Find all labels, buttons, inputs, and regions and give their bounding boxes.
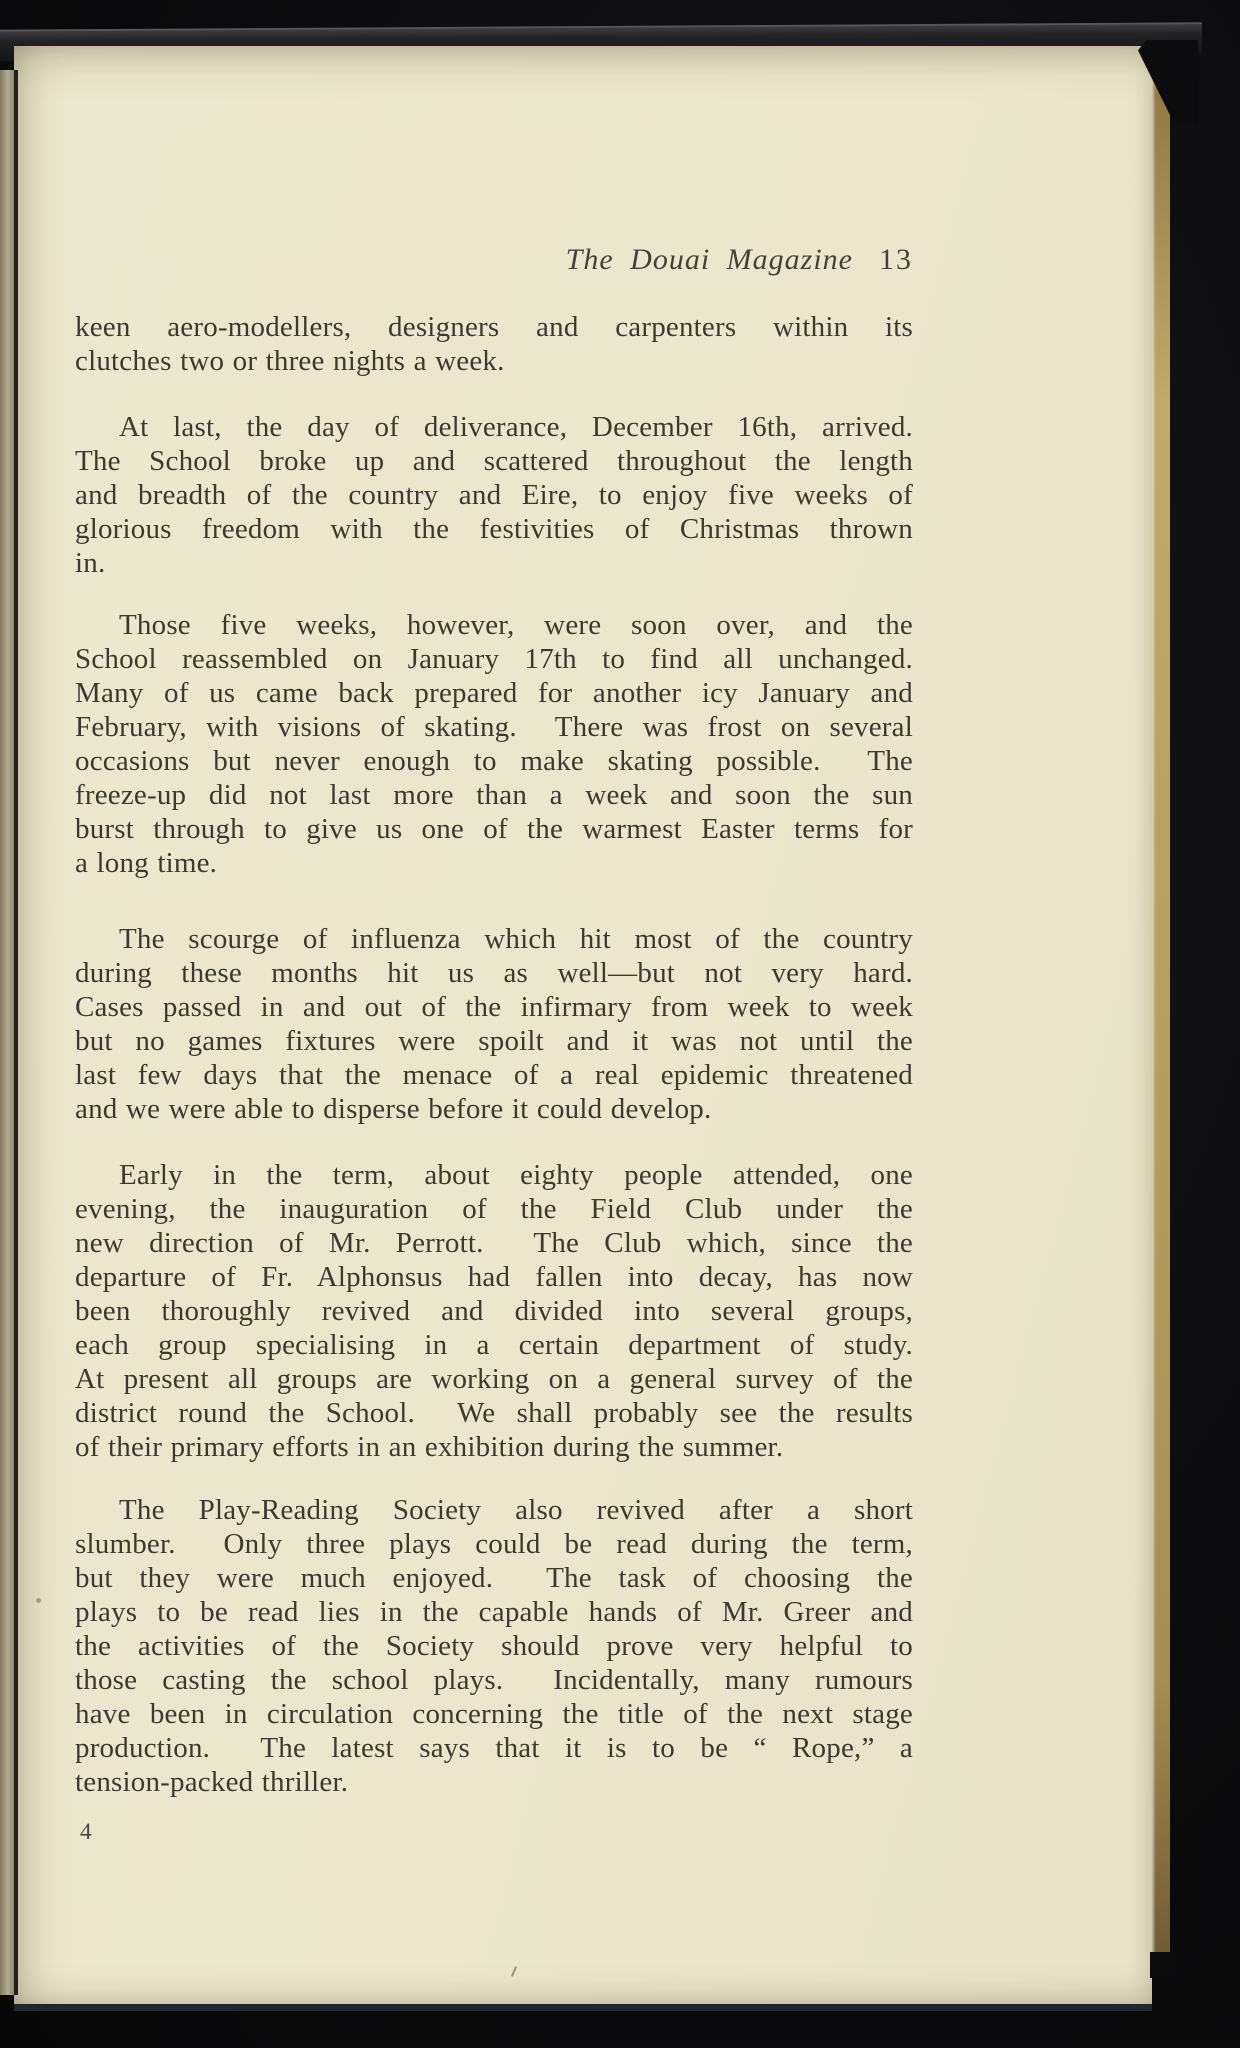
text-line: clutches two or three nights a week.: [75, 344, 913, 378]
paragraph-1: keen aero-modellers, designers and carpe…: [75, 310, 913, 378]
text-line: of their primary efforts in an exhibitio…: [75, 1430, 913, 1464]
paper-speck: [511, 1966, 517, 1977]
text-line: new direction of Mr. Perrott. The Club w…: [75, 1226, 913, 1260]
text-line: Those five weeks, however, were soon ove…: [75, 608, 913, 642]
text-line: a long time.: [75, 846, 913, 880]
cover-corner-bottom: [1150, 1952, 1176, 1978]
text-line: glorious freedom with the festivities of…: [75, 512, 913, 546]
text-line: Cases passed in and out of the infirmary…: [75, 990, 913, 1024]
paragraph-2: At last, the day of deliverance, Decembe…: [75, 410, 913, 580]
text-line: each group specialising in a certain dep…: [75, 1328, 913, 1362]
paragraph-3: Those five weeks, however, were soon ove…: [75, 608, 913, 880]
text-line: School reassembled on January 17th to fi…: [75, 642, 913, 676]
text-line: but they were much enjoyed. The task of …: [75, 1561, 913, 1595]
text-line: during these months hit us as well—but n…: [75, 956, 913, 990]
text-line: freeze-up did not last more than a week …: [75, 778, 913, 812]
text-line: The scourge of influenza which hit most …: [75, 922, 913, 956]
page-header: The Douai Magazine13: [75, 243, 913, 277]
text-line: departure of Fr. Alphonsus had fallen in…: [75, 1260, 913, 1294]
paper-speck: [36, 1598, 41, 1603]
running-title: The Douai Magazine: [566, 243, 853, 276]
text-line: production. The latest says that it is t…: [75, 1731, 913, 1765]
gutter-page-edge: [0, 70, 18, 1995]
paragraph-5: Early in the term, about eighty people a…: [75, 1158, 913, 1464]
text-line: Early in the term, about eighty people a…: [75, 1158, 913, 1192]
text-line: Many of us came back prepared for anothe…: [75, 676, 913, 710]
text-line: evening, the inauguration of the Field C…: [75, 1192, 913, 1226]
text-line: district round the School. We shall prob…: [75, 1396, 913, 1430]
text-line: occasions but never enough to make skati…: [75, 744, 913, 778]
text-line: those casting the school plays. Incident…: [75, 1663, 913, 1697]
text-line: and breadth of the country and Eire, to …: [75, 478, 913, 512]
text-line: the activities of the Society should pro…: [75, 1629, 913, 1663]
text-line: February, with visions of skating. There…: [75, 710, 913, 744]
text-line: The Play-Reading Society also revived af…: [75, 1493, 913, 1527]
text-line: The School broke up and scattered throug…: [75, 444, 913, 478]
paragraph-4: The scourge of influenza which hit most …: [75, 922, 913, 1126]
text-line: keen aero-modellers, designers and carpe…: [75, 310, 913, 344]
text-line: and we were able to disperse before it c…: [75, 1092, 913, 1126]
text-line: At last, the day of deliverance, Decembe…: [75, 410, 913, 444]
printed-text-block: The Douai Magazine13 keen aero-modellers…: [75, 46, 913, 2004]
text-line: burst through to give us one of the warm…: [75, 812, 913, 846]
text-line: last few days that the menace of a real …: [75, 1058, 913, 1092]
book-photo-background: { "page": { "header": { "running_title":…: [0, 0, 1240, 2048]
text-line: but no games fixtures were spoilt and it…: [75, 1024, 913, 1058]
fore-edge-page-block: [1152, 58, 1170, 1966]
text-line: have been in circulation concerning the …: [75, 1697, 913, 1731]
text-line: in.: [75, 546, 913, 580]
text-line: slumber. Only three plays could be read …: [75, 1527, 913, 1561]
paragraph-6: The Play-Reading Society also revived af…: [75, 1493, 913, 1799]
text-line: plays to be read lies in the capable han…: [75, 1595, 913, 1629]
scanned-page: The Douai Magazine13 keen aero-modellers…: [14, 46, 1152, 2011]
text-line: been thoroughly revived and divided into…: [75, 1294, 913, 1328]
text-line: At present all groups are working on a g…: [75, 1362, 913, 1396]
signature-mark: 4: [80, 1815, 92, 1849]
text-line: tension-packed thriller.: [75, 1765, 913, 1799]
page-number: 13: [879, 243, 913, 276]
